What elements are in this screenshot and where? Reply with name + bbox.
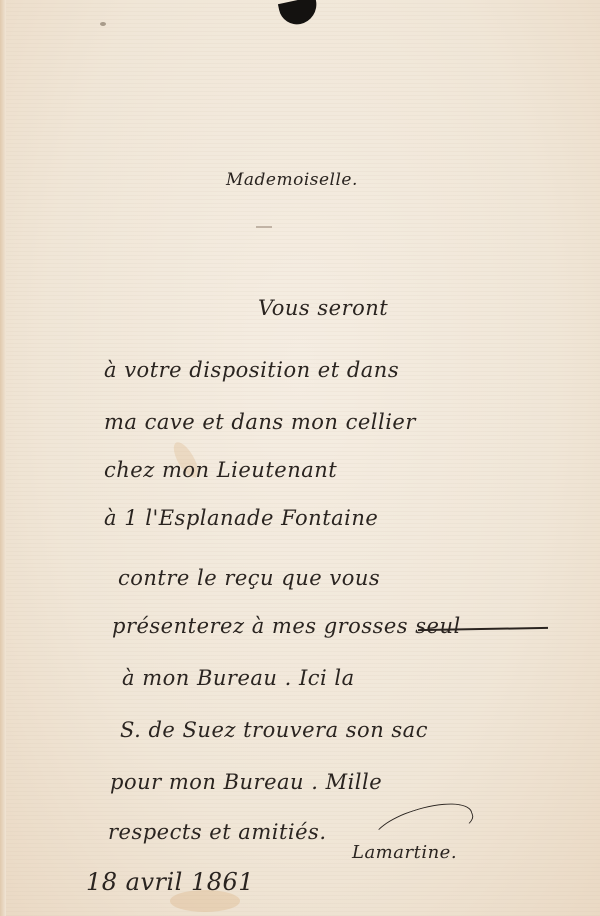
- ink-blot: [278, 0, 320, 28]
- letter-line: chez mon Lieutenant: [104, 458, 337, 482]
- letter-line: présenterez à mes grosses seul: [112, 614, 461, 638]
- letter-line: S. de Suez trouvera son sac: [120, 718, 428, 742]
- signature: Lamartine.: [352, 842, 457, 863]
- letter-line: à votre disposition et dans: [104, 358, 399, 382]
- letter-line: à mon Bureau . Ici la: [122, 666, 355, 690]
- letter-line: pour mon Bureau . Mille: [110, 770, 382, 794]
- letter-line: Vous seront: [258, 296, 388, 320]
- letter-line: respects et amitiés.: [108, 820, 327, 844]
- paper-speck: [100, 22, 106, 26]
- salutation: Mademoiselle.: [226, 170, 358, 190]
- letter-line: contre le reçu que vous: [118, 566, 380, 590]
- letter-page: Mademoiselle. Vous seront à votre dispos…: [0, 0, 600, 916]
- date: 18 avril 1861: [86, 868, 254, 896]
- salutation-mark: [256, 226, 272, 228]
- letter-line: ma cave et dans mon cellier: [104, 410, 416, 434]
- letter-line: à 1 l'Esplanade Fontaine: [104, 506, 378, 530]
- paper-edge: [0, 0, 6, 916]
